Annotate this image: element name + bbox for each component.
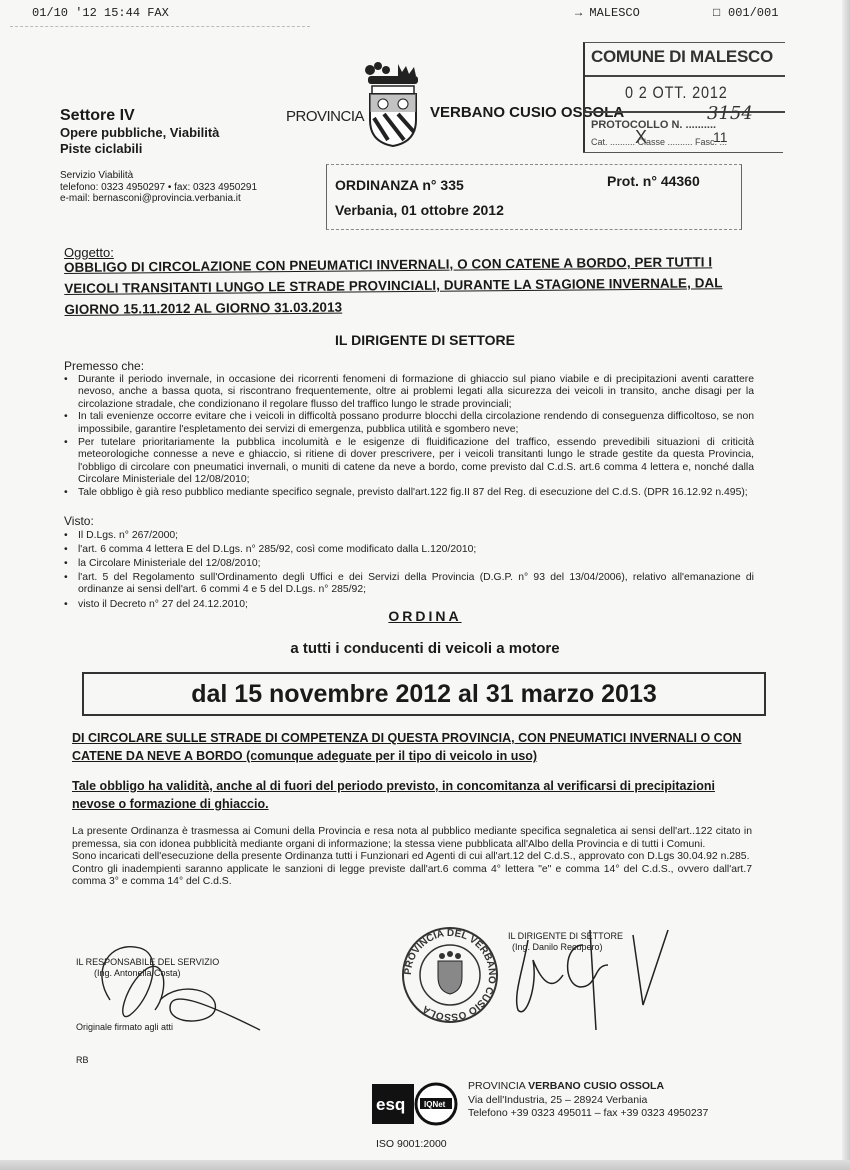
esq-iqnet-logo-icon: esq IQNet <box>372 1080 464 1130</box>
servizio-name: Servizio Viabilità <box>60 170 257 182</box>
protocol-number: Prot. n° 44360 <box>607 173 700 189</box>
fax-page-icon: □ <box>713 6 720 20</box>
visto-item: l'art. 6 comma 4 lettera E del D.Lgs. n°… <box>78 544 754 557</box>
author-initials: RB <box>76 1055 89 1065</box>
fax-page-count: 001/001 <box>728 6 778 20</box>
ordinanza-place-date: Verbania, 01 ottobre 2012 <box>335 202 504 218</box>
premesso-item: In tali evenienze occorre evitare che i … <box>78 411 754 436</box>
stamp-cat-value: X <box>635 127 647 148</box>
dirigente-name: (Ing. Danilo Recupero) <box>508 942 623 953</box>
svg-text:esq: esq <box>376 1095 405 1114</box>
ordina-validita: Tale obbligo ha validità, anche al di fu… <box>72 777 752 813</box>
scan-bottom-edge <box>0 1160 850 1170</box>
dirigente-title: IL DIRIGENTE DI SETTORE <box>508 931 623 942</box>
servizio-contacts: Servizio Viabilità telefono: 0323 495029… <box>60 170 257 205</box>
premesso-item: Durante il periodo invernale, in occasio… <box>78 374 754 412</box>
stamp-cat-line: Cat. .......... Classe .......... Fasc. … <box>591 137 727 147</box>
fax-timestamp: 01/10 '12 15:44 FAX <box>32 6 169 20</box>
settore-subtitle-2: Piste ciclabili <box>60 141 219 157</box>
responsabile-signature-block: IL RESPONSABILE DEL SERVIZIO (Ing. Anton… <box>76 957 219 979</box>
stamp-date: 0 2 OTT. 2012 <box>625 83 728 103</box>
closing-section: La presente Ordinanza è trasmessa ai Com… <box>72 826 752 889</box>
provincia-crest-icon <box>358 60 428 150</box>
settore-title: Settore IV <box>60 107 219 125</box>
premesso-item: Tale obbligo è già reso pubblico mediant… <box>78 487 754 500</box>
visto-item: l'art. 5 del Regolamento sull'Ordinament… <box>78 572 754 597</box>
footer-address-block: PROVINCIA VERBANO CUSIO OSSOLA Via dell'… <box>468 1080 708 1121</box>
svg-text:IQNet: IQNet <box>424 1100 446 1109</box>
ordina-recipients: a tutti i conducenti di veicoli a motore <box>0 640 850 657</box>
settore-subtitle-1: Opere pubbliche, Viabilità <box>60 125 219 141</box>
fax-header: 01/10 '12 15:44 FAX → MALESCO □ 001/001 <box>0 3 850 23</box>
originale-note: Originale firmato agli atti <box>76 1022 173 1032</box>
ordina-circolare: DI CIRCOLARE SULLE STRADE DI COMPETENZA … <box>72 729 752 765</box>
iso-certification: ISO 9001:2000 <box>376 1138 447 1150</box>
dirigente-heading: IL DIRIGENTE DI SETTORE <box>0 332 850 348</box>
footer-provincia-name: VERBANO CUSIO OSSOLA <box>528 1080 664 1092</box>
premesso-section: Premesso che: Durante il periodo inverna… <box>64 360 754 500</box>
visto-section: Visto: Il D.Lgs. n° 267/2000; l'art. 6 c… <box>64 515 754 613</box>
ordinanza-number: ORDINANZA n° 335 <box>335 177 464 193</box>
protocol-stamp: COMUNE DI MALESCO 0 2 OTT. 2012 PROTOCOL… <box>583 42 785 153</box>
settore-block: Settore IV Opere pubbliche, Viabilità Pi… <box>60 107 219 157</box>
stamp-classe-value: 11 <box>713 129 728 145</box>
oggetto-text: OBBLIGO DI CIRCOLAZIONE CON PNEUMATICI I… <box>64 251 755 320</box>
ordinanza-box: ORDINANZA n° 335 Prot. n° 44360 Verbania… <box>326 164 742 230</box>
stamp-bottom-line <box>583 152 783 153</box>
footer-provincia: PROVINCIA VERBANO CUSIO OSSOLA <box>468 1080 708 1094</box>
provincia-seal-icon: PROVINCIA DEL VERBANO CUSIO OSSOLA <box>400 925 500 1025</box>
closing-paragraph: Contro gli inadempienti saranno applicat… <box>72 864 752 889</box>
servizio-phone: telefono: 0323 4950297 • fax: 0323 49502… <box>60 182 257 194</box>
dirigente-signature-block: IL DIRIGENTE DI SETTORE (Ing. Danilo Rec… <box>508 931 623 953</box>
ordina-heading: ORDINA <box>0 608 850 624</box>
footer-provincia-prefix: PROVINCIA <box>468 1080 525 1092</box>
visto-label: Visto: <box>64 515 754 528</box>
premesso-item: Per tutelare prioritariamente la pubblic… <box>78 437 754 487</box>
premesso-label: Premesso che: <box>64 360 754 373</box>
period-box: dal 15 novembre 2012 al 31 marzo 2013 <box>82 672 766 716</box>
visto-item: la Circolare Ministeriale del 12/08/2010… <box>78 558 754 571</box>
closing-paragraph: La presente Ordinanza è trasmessa ai Com… <box>72 826 752 851</box>
stamp-comune: COMUNE DI MALESCO <box>591 47 773 67</box>
stamp-protocollo-number: 3154 <box>707 103 753 124</box>
servizio-email: e-mail: bernasconi@provincia.verbania.it <box>60 193 257 205</box>
visto-item: Il D.Lgs. n° 267/2000; <box>78 530 754 543</box>
fax-destination: → MALESCO <box>575 6 640 20</box>
responsabile-title: IL RESPONSABILE DEL SERVIZIO <box>76 957 219 968</box>
footer-address: Via dell'Industria, 25 – 28924 Verbania <box>468 1094 708 1108</box>
footer-phone: Telefono +39 0323 495011 – fax +39 0323 … <box>468 1107 708 1121</box>
period-text: dal 15 novembre 2012 al 31 marzo 2013 <box>84 674 764 714</box>
fax-noise-line <box>10 26 310 27</box>
responsabile-name: (Ing. Antonella Costa) <box>76 968 219 979</box>
closing-paragraph: Sono incaricati dell'esecuzione della pr… <box>72 851 752 864</box>
scan-edge <box>842 0 850 1170</box>
stamp-protocollo-label: PROTOCOLLO N. .......... <box>591 119 716 131</box>
provincia-word: PROVINCIA <box>286 108 364 125</box>
